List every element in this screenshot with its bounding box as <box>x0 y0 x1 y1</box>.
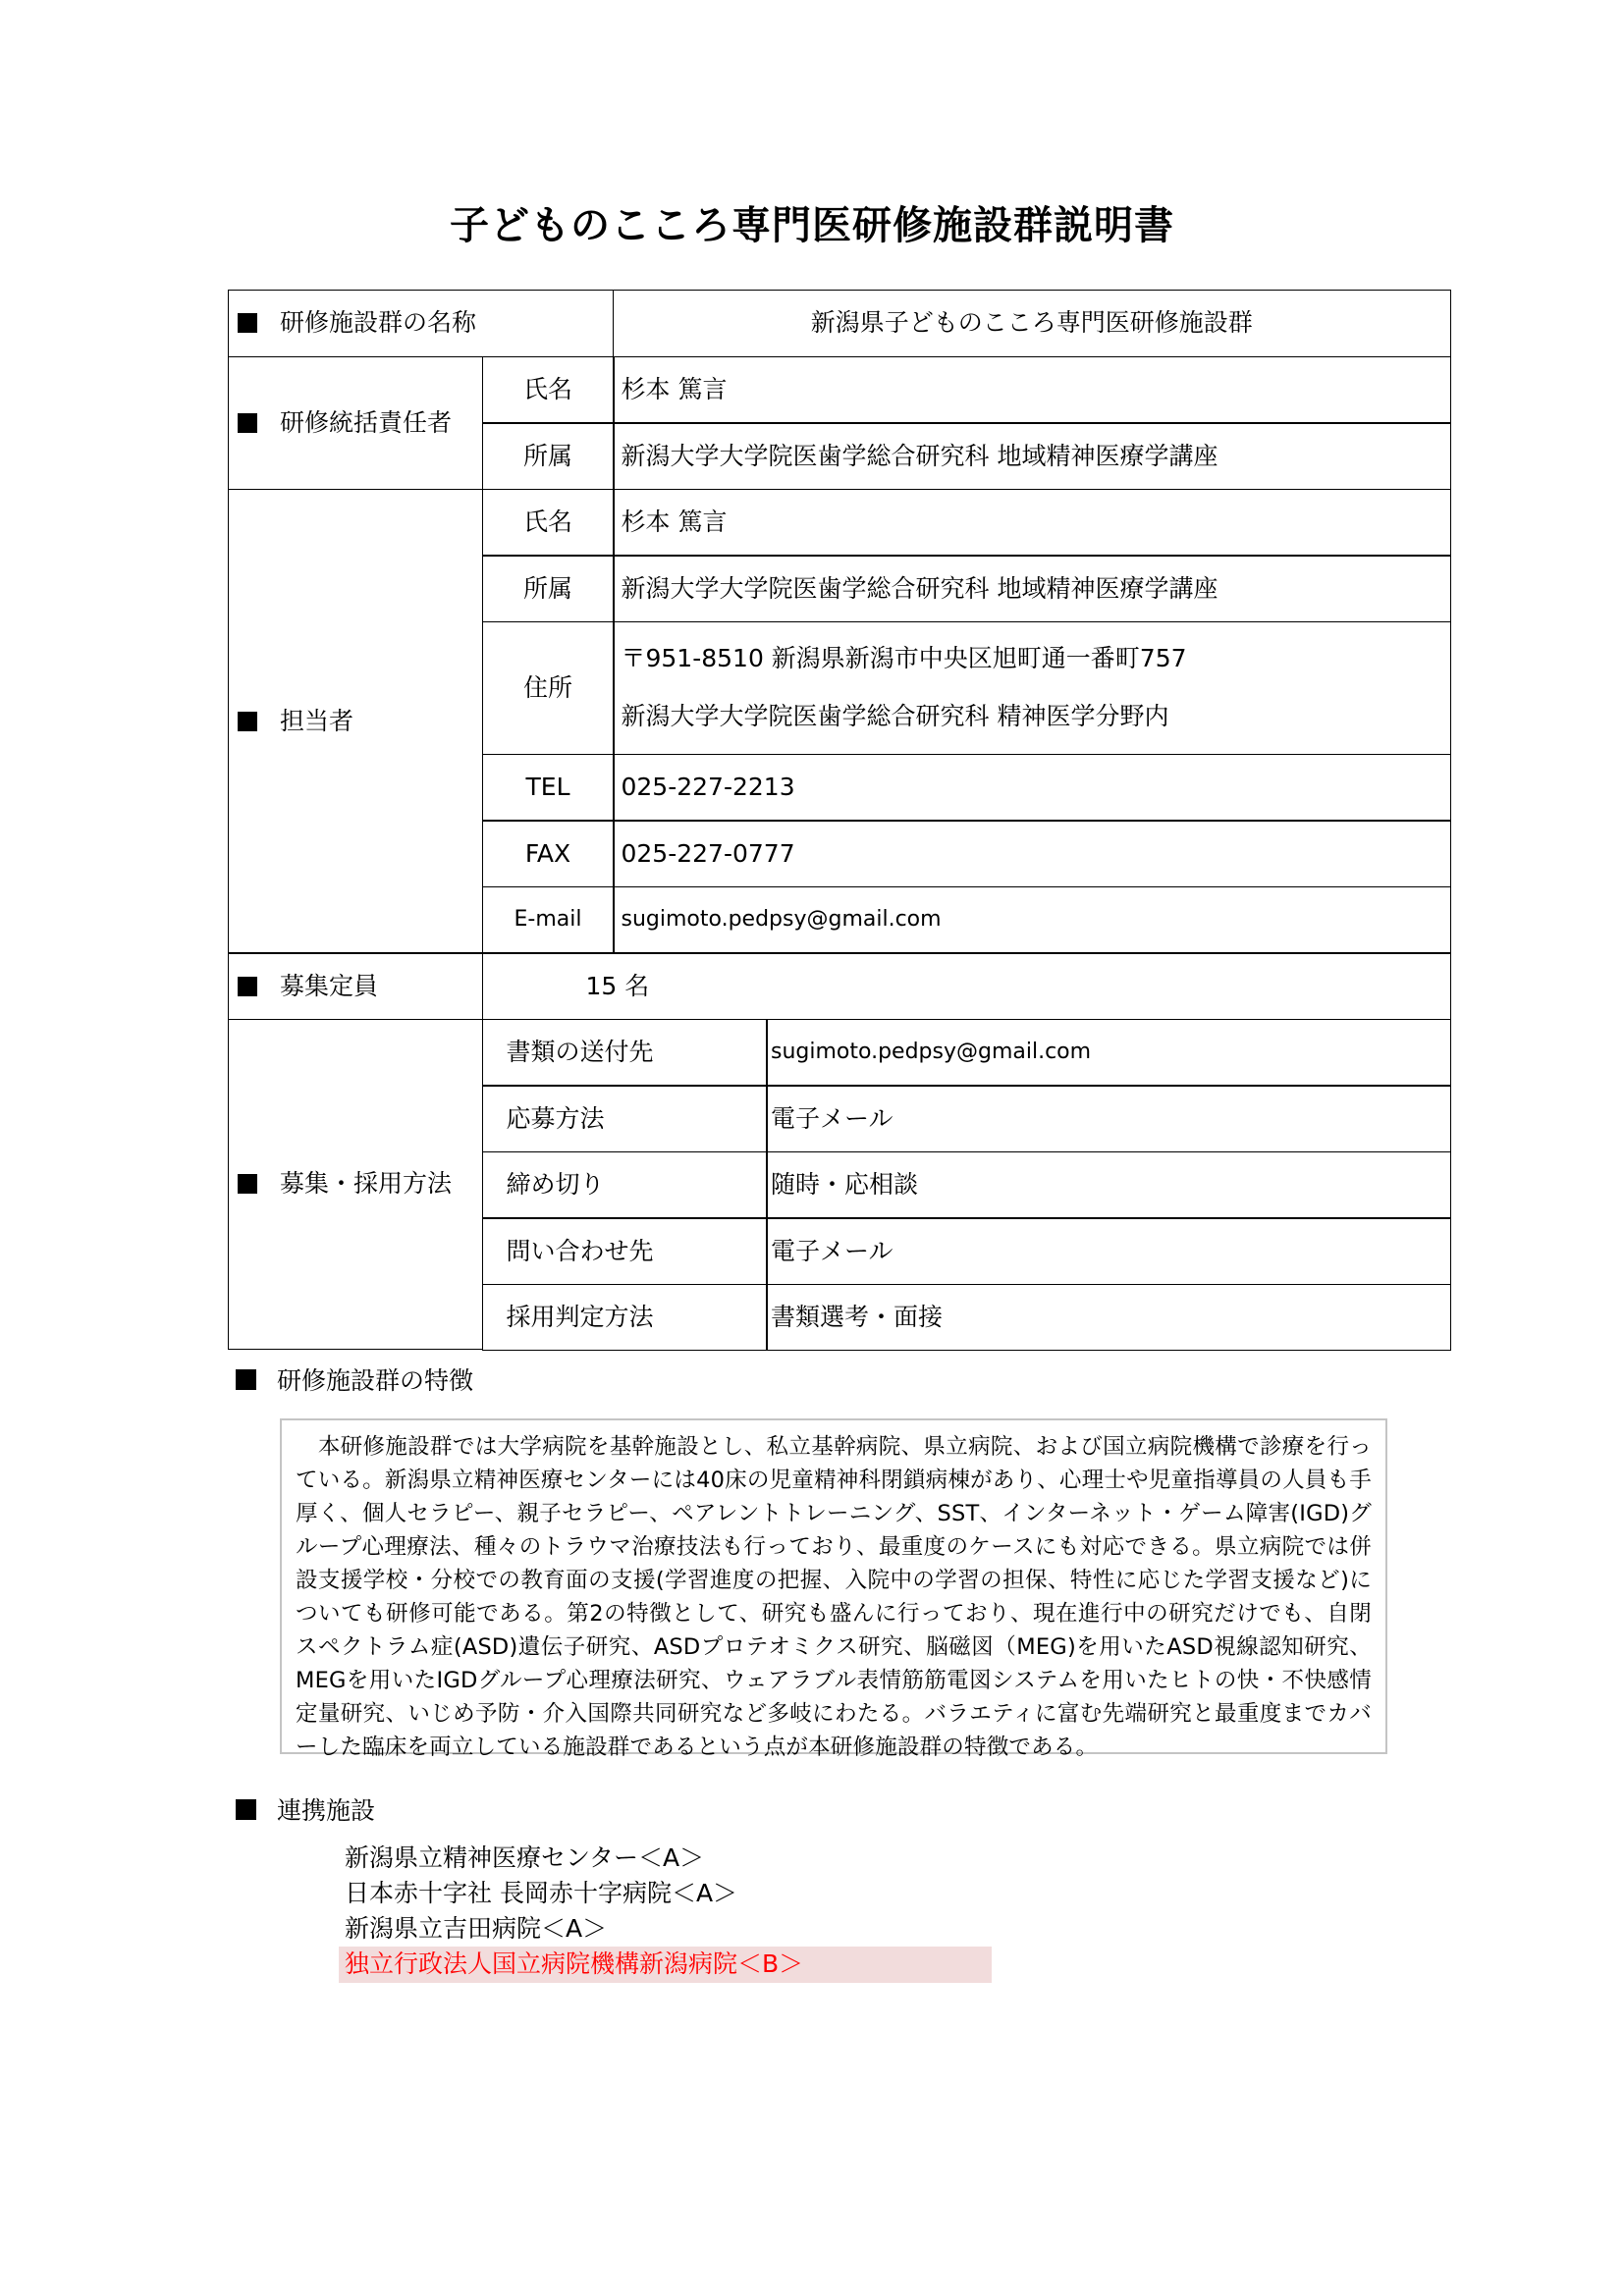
program-director-affiliation-label-cell: 所属 <box>482 422 615 490</box>
contact-name-value: 杉本 篤言 <box>622 507 728 537</box>
contact-fax-label: FAX <box>525 839 570 869</box>
facility-group-name-value-cell: 新潟県子どものこころ専門医研修施設群 <box>613 290 1452 357</box>
info-table: 研修施設群の名称 新潟県子どものこころ専門医研修施設群 研修統括責任者 氏名 杉… <box>228 290 1451 1350</box>
facility-group-name-label-cell: 研修施設群の名称 <box>228 290 614 357</box>
contact-tel-value: 025-227-2213 <box>622 773 795 802</box>
contact-email-label-cell: E-mail <box>482 886 615 954</box>
contact-address-line2: 新潟大学大学院医歯学総合研究科 精神医学分野内 <box>622 702 1169 731</box>
recruitment-row-value-cell: 電子メール <box>766 1217 1451 1285</box>
deadline-value: 随時・応相談 <box>771 1170 918 1200</box>
program-director-name-value: 杉本 篤言 <box>622 375 728 404</box>
contact-name-value-cell: 杉本 篤言 <box>613 489 1452 557</box>
contact-address-line1: 〒951-8510 新潟県新潟市中央区旭町通一番町757 <box>622 644 1187 673</box>
contact-name-label: 氏名 <box>523 507 572 537</box>
partner-item: 日本赤十字社 長岡赤十字病院＜A＞ <box>339 1876 992 1911</box>
contact-address-label: 住所 <box>523 673 572 703</box>
recruitment-row-label-cell: 応募方法 <box>482 1085 768 1152</box>
features-paragraph: 本研修施設群では大学病院を基幹施設とし、私立基幹病院、県立病院、および国立病院機… <box>296 1430 1372 1764</box>
contact-fax-value-cell: 025-227-0777 <box>613 820 1452 887</box>
facility-group-name-value: 新潟県子どものこころ専門医研修施設群 <box>811 308 1253 338</box>
contact-person-label: 担当者 <box>280 707 353 736</box>
program-director-name-label: 氏名 <box>523 375 572 404</box>
contact-affiliation-value: 新潟大学大学院医歯学総合研究科 地域精神医療学講座 <box>622 574 1218 604</box>
features-text-box: 本研修施設群では大学病院を基幹施設とし、私立基幹病院、県立病院、および国立病院機… <box>280 1418 1387 1754</box>
partners-heading: 連携施設 <box>236 1791 375 1827</box>
program-director-name-label-cell: 氏名 <box>482 356 615 424</box>
black-square-icon <box>238 977 257 996</box>
contact-address-value-cell: 〒951-8510 新潟県新潟市中央区旭町通一番町757 新潟大学大学院医歯学総… <box>613 621 1452 756</box>
recruitment-label: 募集・採用方法 <box>280 1169 452 1199</box>
facility-group-name-label: 研修施設群の名称 <box>280 308 476 338</box>
black-square-icon <box>238 712 257 731</box>
contact-email-link[interactable]: sugimoto.pedpsy@gmail.com <box>622 907 942 933</box>
capacity-value-cell: 15 名 <box>482 952 1452 1020</box>
contact-person-label-cell: 担当者 <box>228 489 483 954</box>
contact-fax-label-cell: FAX <box>482 820 615 887</box>
contact-affiliation-value-cell: 新潟大学大学院医歯学総合研究科 地域精神医療学講座 <box>613 555 1452 622</box>
application-method-value: 電子メール <box>771 1104 893 1134</box>
capacity-label: 募集定員 <box>280 972 378 1001</box>
contact-email-label: E-mail <box>514 907 582 933</box>
contact-tel-label-cell: TEL <box>482 754 615 822</box>
program-director-label-cell: 研修統括責任者 <box>228 356 483 491</box>
black-square-icon <box>238 313 257 333</box>
recruitment-label-cell: 募集・採用方法 <box>228 1019 483 1351</box>
partners-heading-text: 連携施設 <box>277 1791 375 1827</box>
contact-tel-value-cell: 025-227-2213 <box>613 754 1452 822</box>
contact-tel-label: TEL <box>526 773 570 802</box>
features-heading: 研修施設群の特徴 <box>236 1362 473 1397</box>
features-heading-text: 研修施設群の特徴 <box>277 1362 473 1397</box>
partner-item-highlighted: 独立行政法人国立病院機構新潟病院＜B＞ <box>339 1947 992 1983</box>
contact-name-label-cell: 氏名 <box>482 489 615 557</box>
recruitment-row-value-cell: 書類選考・面接 <box>766 1284 1451 1351</box>
partner-item: 新潟県立精神医療センター＜A＞ <box>339 1841 992 1876</box>
selection-method-label: 採用判定方法 <box>507 1303 654 1332</box>
black-square-icon <box>238 1174 257 1194</box>
recruitment-row-label-cell: 採用判定方法 <box>482 1284 768 1351</box>
contact-affiliation-label-cell: 所属 <box>482 555 615 622</box>
contact-address-label-cell: 住所 <box>482 621 615 756</box>
deadline-label: 締め切り <box>507 1170 605 1200</box>
recruitment-row-label-cell: 書類の送付先 <box>482 1019 768 1087</box>
black-square-icon <box>236 1799 256 1820</box>
inquiry-label: 問い合わせ先 <box>507 1237 654 1266</box>
recruitment-row-value-cell: 電子メール <box>766 1085 1451 1152</box>
recruitment-row-value-cell: sugimoto.pedpsy@gmail.com <box>766 1019 1451 1087</box>
document-destination-label: 書類の送付先 <box>507 1038 654 1067</box>
document-title: 子どものこころ専門医研修施設群説明書 <box>0 196 1624 255</box>
selection-method-value: 書類選考・面接 <box>771 1303 943 1332</box>
partner-list: 新潟県立精神医療センター＜A＞ 日本赤十字社 長岡赤十字病院＜A＞ 新潟県立吉田… <box>339 1841 992 1983</box>
program-director-affiliation-value-cell: 新潟大学大学院医歯学総合研究科 地域精神医療学講座 <box>613 422 1452 490</box>
program-director-affiliation-label: 所属 <box>523 442 572 471</box>
document-destination-email-link[interactable]: sugimoto.pedpsy@gmail.com <box>771 1040 1091 1065</box>
recruitment-row-label-cell: 締め切り <box>482 1151 768 1219</box>
partner-item: 新潟県立吉田病院＜A＞ <box>339 1911 992 1947</box>
application-method-label: 応募方法 <box>507 1104 605 1134</box>
contact-affiliation-label: 所属 <box>523 574 572 604</box>
program-director-name-value-cell: 杉本 篤言 <box>613 356 1452 424</box>
contact-fax-value: 025-227-0777 <box>622 839 795 869</box>
contact-email-value-cell: sugimoto.pedpsy@gmail.com <box>613 886 1452 954</box>
black-square-icon <box>236 1369 256 1390</box>
program-director-label: 研修統括責任者 <box>280 408 452 438</box>
recruitment-row-value-cell: 随時・応相談 <box>766 1151 1451 1219</box>
capacity-value: 15 名 <box>586 972 650 1001</box>
program-director-affiliation-value: 新潟大学大学院医歯学総合研究科 地域精神医療学講座 <box>622 442 1218 471</box>
inquiry-value: 電子メール <box>771 1237 893 1266</box>
black-square-icon <box>238 413 257 433</box>
recruitment-row-label-cell: 問い合わせ先 <box>482 1217 768 1285</box>
capacity-label-cell: 募集定員 <box>228 952 483 1020</box>
